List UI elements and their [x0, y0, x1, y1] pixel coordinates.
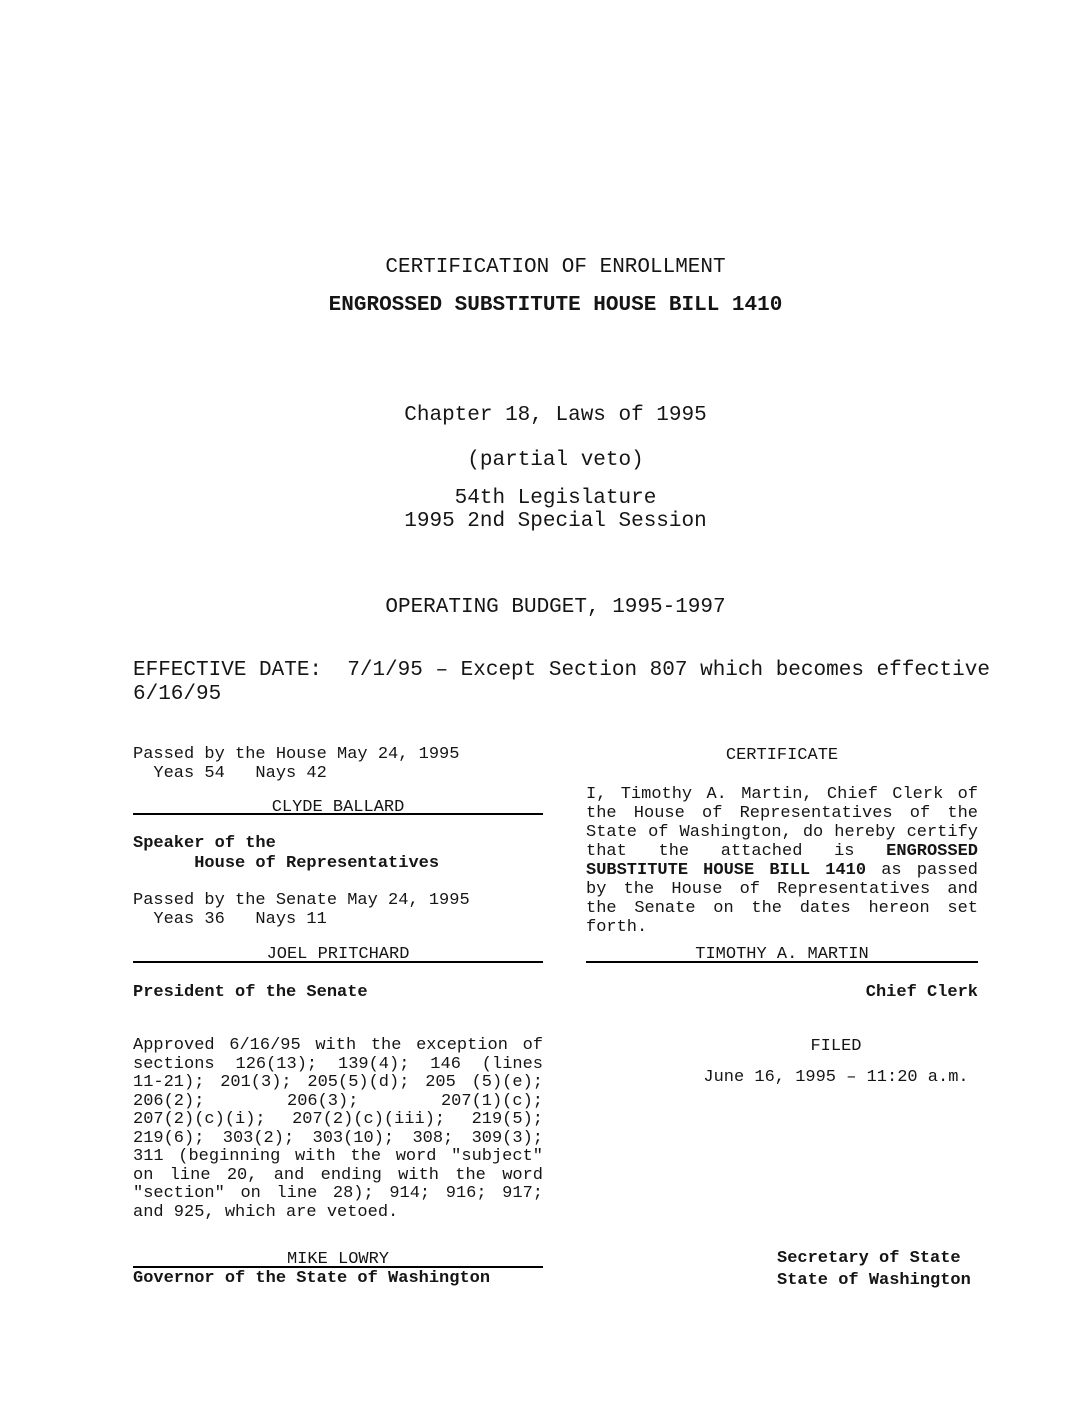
text-segment: 219(6); 303(2); 303(10); 308; 309(3);	[133, 1129, 543, 1148]
paragraph-line: 311 (beginning with the word "subject"	[133, 1148, 543, 1167]
paragraph-line: 219(6); 303(2); 303(10); 308; 309(3);	[133, 1130, 543, 1149]
text-segment: forth.	[586, 918, 647, 937]
text-segment: and 925, which are vetoed.	[133, 1203, 398, 1222]
session-line: 1995 2nd Special Session	[133, 510, 978, 533]
text-segment: 311 (beginning with the word "subject"	[133, 1147, 543, 1166]
speaker-title-line-1: Speaker of the	[133, 834, 543, 853]
speaker-title-line-2: House of Representatives	[133, 854, 543, 873]
text-segment: I, Timothy A. Martin, Chief Clerk of	[586, 785, 978, 804]
clerk-title: Chief Clerk	[586, 983, 978, 1002]
subject-line: OPERATING BUDGET, 1995-1997	[133, 596, 978, 619]
senate-passage-line: Passed by the Senate May 24, 1995	[133, 891, 543, 910]
secretary-of-state-title: Secretary of State	[777, 1249, 961, 1268]
text-segment: the Senate on the dates hereon set	[586, 899, 978, 918]
certification-heading: CERTIFICATION OF ENROLLMENT	[133, 256, 978, 279]
paragraph-line: 207(2)(c)(i); 207(2)(c)(iii); 219(5);	[133, 1111, 543, 1130]
governor-signature-line	[133, 1266, 543, 1268]
text-segment: 207(2)(c)(i); 207(2)(c)(iii); 219(5);	[133, 1110, 543, 1129]
approval-paragraph: Approved 6/16/95 with the exception ofse…	[133, 1037, 543, 1222]
secretary-state-line: State of Washington	[777, 1271, 971, 1290]
effective-date-line-1: EFFECTIVE DATE: 7/1/95 – Except Section …	[133, 659, 990, 682]
paragraph-line: I, Timothy A. Martin, Chief Clerk of	[586, 785, 978, 804]
senate-vote-counts: Yeas 36 Nays 11	[133, 910, 543, 929]
paragraph-line: forth.	[586, 918, 978, 937]
paragraph-line: sections 126(13); 139(4); 146 (lines	[133, 1056, 543, 1075]
paragraph-line: the House of Representatives of the	[586, 804, 978, 823]
paragraph-line: State of Washington, do hereby certify	[586, 823, 978, 842]
text-segment: sections 126(13); 139(4); 146 (lines	[133, 1055, 543, 1074]
paragraph-line: the Senate on the dates hereon set	[586, 899, 978, 918]
certification-document: CERTIFICATION OF ENROLLMENT ENGROSSED SU…	[0, 0, 1088, 1408]
paragraph-line: SUBSTITUTE HOUSE BILL 1410 as passed	[586, 861, 978, 880]
text-segment: as passed	[866, 861, 978, 880]
bold-text-segment: SUBSTITUTE HOUSE BILL 1410	[586, 861, 866, 880]
paragraph-line: on line 20, and ending with the word	[133, 1167, 543, 1186]
house-passage-line: Passed by the House May 24, 1995	[133, 745, 543, 764]
paragraph-line: "section" on line 28); 914; 916; 917;	[133, 1185, 543, 1204]
house-signature-line	[133, 813, 543, 815]
chapter-line: Chapter 18, Laws of 1995	[133, 404, 978, 427]
filed-date: June 16, 1995 – 11:20 a.m.	[586, 1068, 1086, 1087]
text-segment: the House of Representatives of the	[586, 804, 978, 823]
paragraph-line: and 925, which are vetoed.	[133, 1204, 543, 1223]
partial-veto-note: (partial veto)	[133, 449, 978, 472]
text-segment: Approved 6/16/95 with the exception of	[133, 1036, 543, 1055]
text-segment: 206(2); 206(3); 207(1)(c);	[133, 1092, 543, 1111]
certificate-body: I, Timothy A. Martin, Chief Clerk ofthe …	[586, 785, 978, 937]
house-vote-counts: Yeas 54 Nays 42	[133, 764, 543, 783]
text-segment: 11-21); 201(3); 205(5)(d); 205 (5)(e);	[133, 1073, 543, 1092]
text-segment: by the House of Representatives and	[586, 880, 978, 899]
text-segment: on line 20, and ending with the word	[133, 1166, 543, 1185]
senate-president-title: President of the Senate	[133, 983, 543, 1002]
filed-heading: FILED	[586, 1037, 1086, 1056]
paragraph-line: Approved 6/16/95 with the exception of	[133, 1037, 543, 1056]
certificate-heading: CERTIFICATE	[586, 746, 978, 765]
bill-title: ENGROSSED SUBSTITUTE HOUSE BILL 1410	[133, 294, 978, 317]
paragraph-line: that the attached is ENGROSSED	[586, 842, 978, 861]
paragraph-line: 11-21); 201(3); 205(5)(d); 205 (5)(e);	[133, 1074, 543, 1093]
effective-date-line-2: 6/16/95	[133, 683, 221, 706]
paragraph-line: 206(2); 206(3); 207(1)(c);	[133, 1093, 543, 1112]
governor-title: Governor of the State of Washington	[133, 1269, 543, 1288]
text-segment: State of Washington, do hereby certify	[586, 823, 978, 842]
senate-signature-line	[133, 961, 543, 963]
text-segment: that the attached is	[586, 842, 886, 861]
bold-text-segment: ENGROSSED	[886, 842, 978, 861]
legislature-line: 54th Legislature	[133, 487, 978, 510]
text-segment: "section" on line 28); 914; 916; 917;	[133, 1184, 543, 1203]
paragraph-line: by the House of Representatives and	[586, 880, 978, 899]
clerk-signature-line	[586, 961, 978, 963]
